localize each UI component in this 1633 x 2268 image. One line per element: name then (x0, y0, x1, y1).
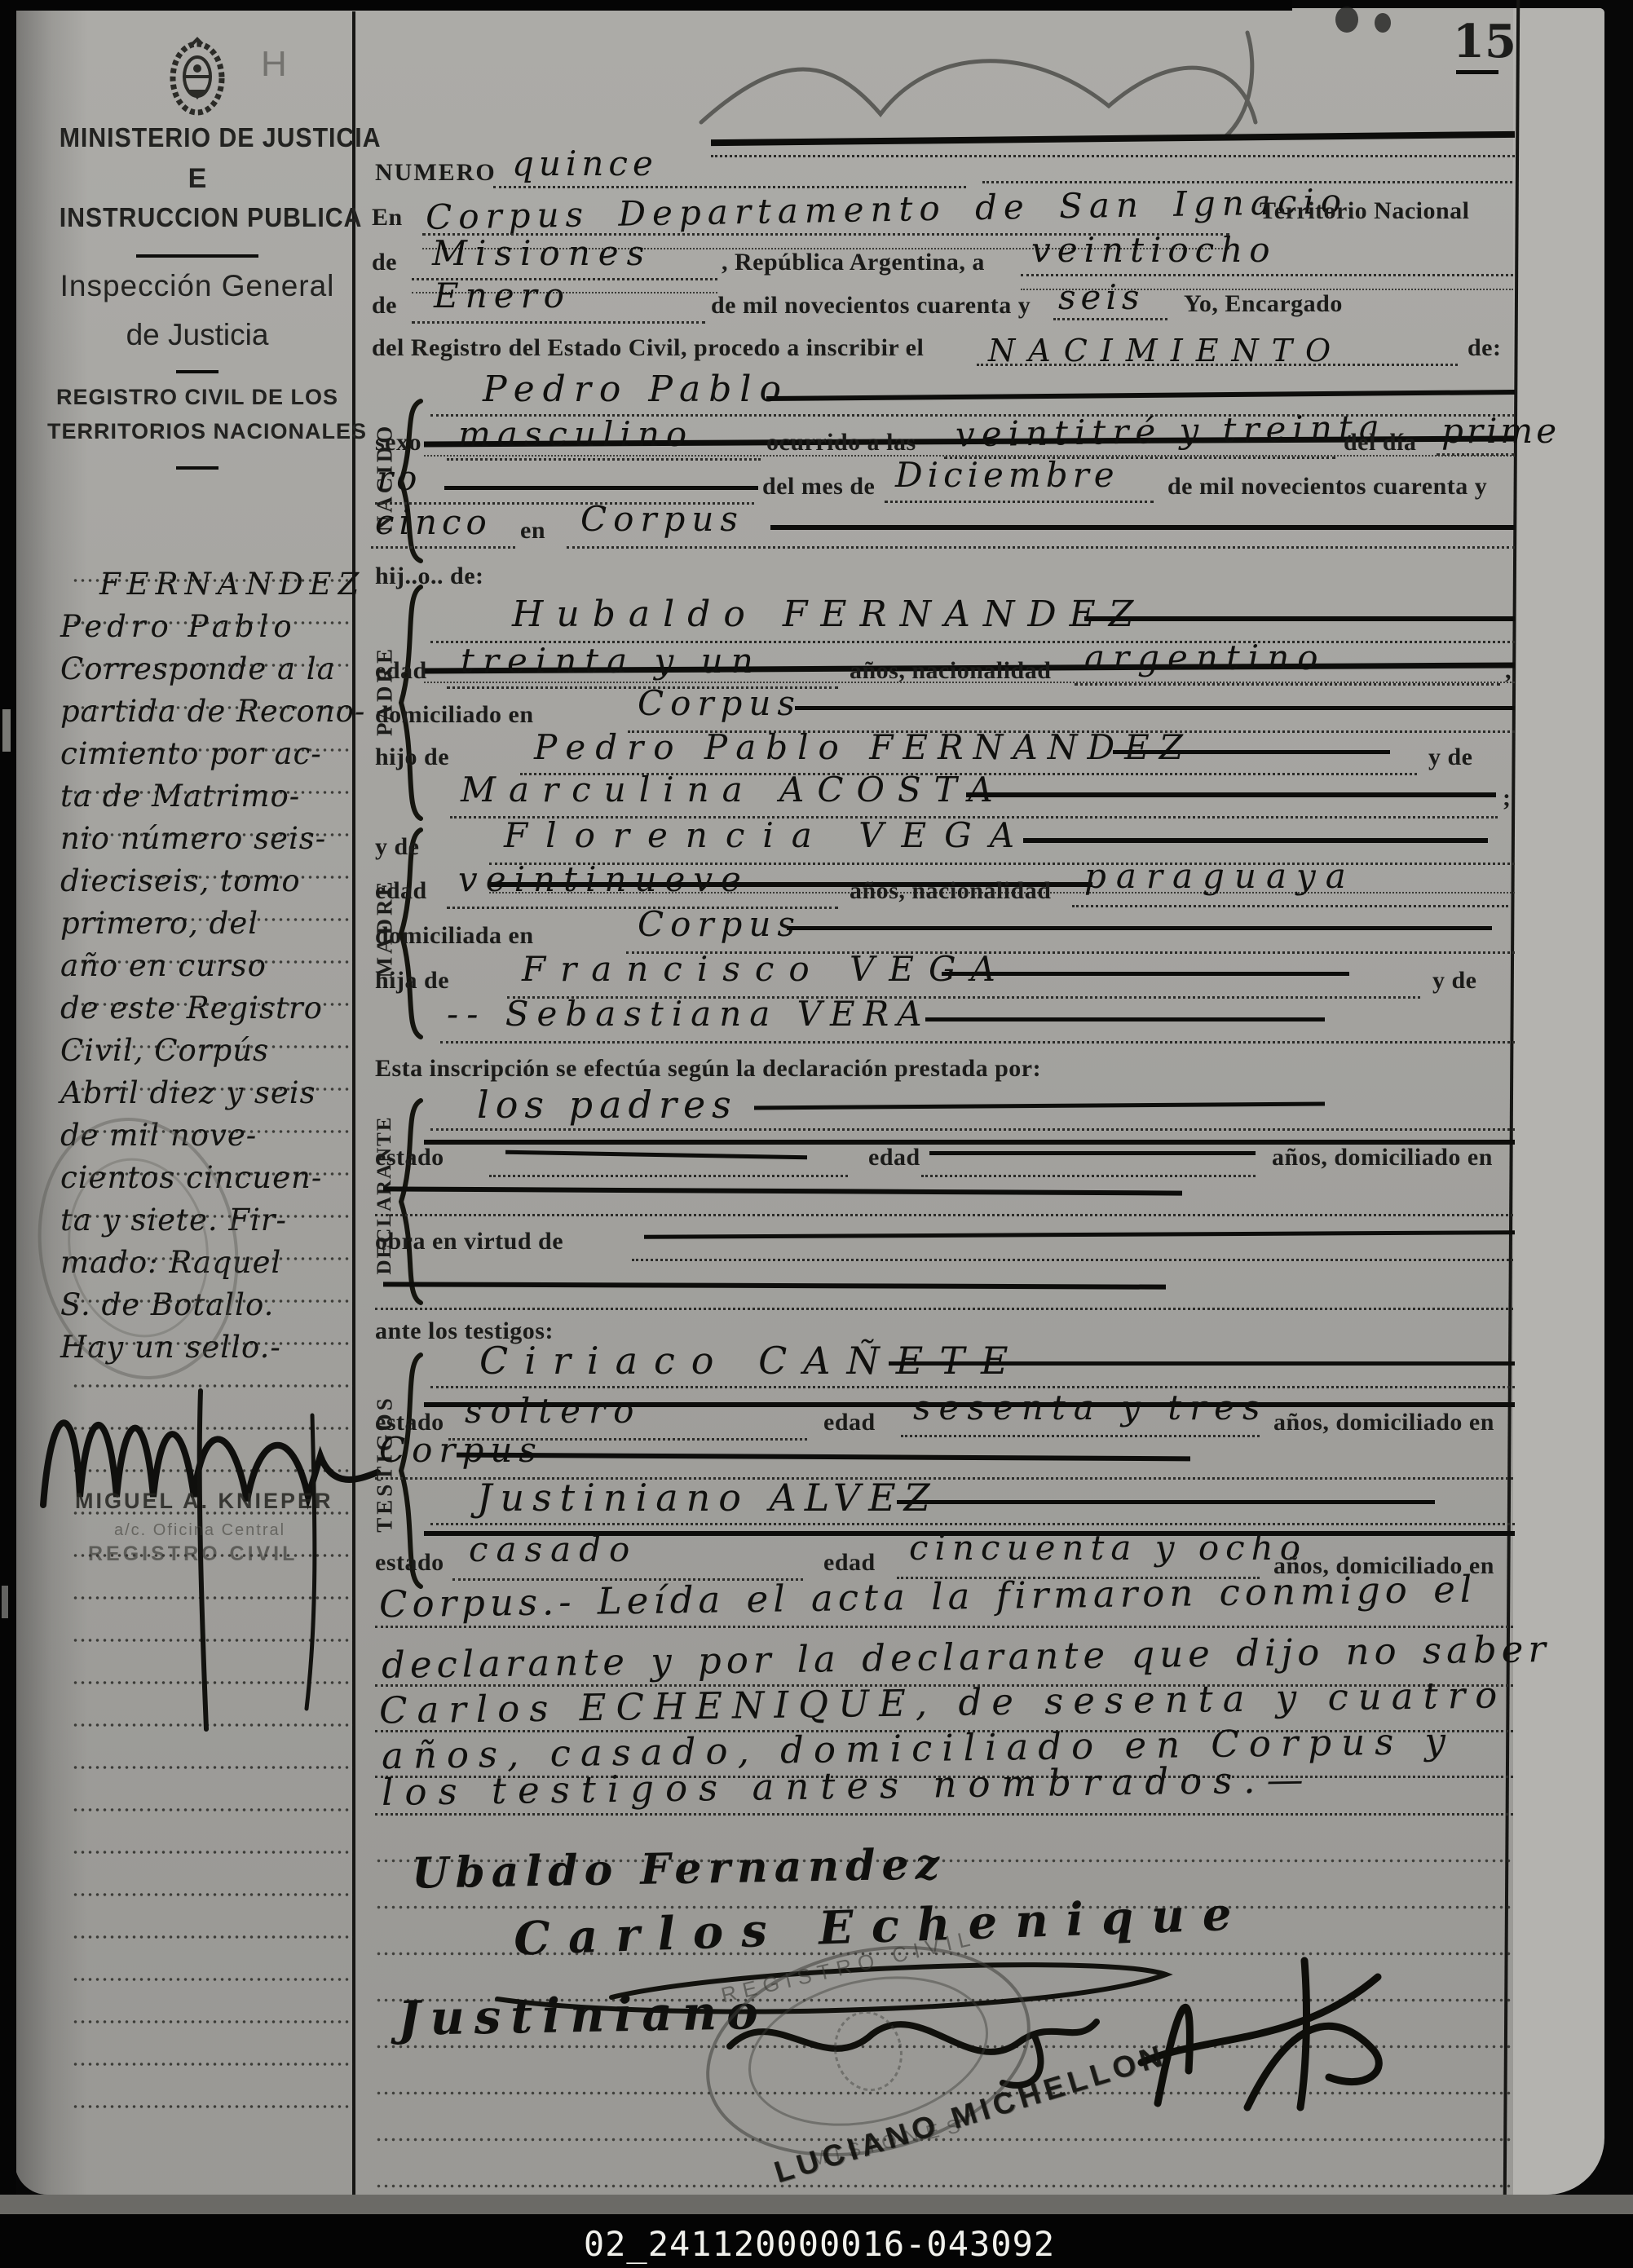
padre-nacionalidad-label: años, nacionalidad (850, 657, 1051, 685)
margin-note-line: partida de Recono- (60, 694, 365, 729)
scanner-bed (0, 2195, 1633, 2216)
ocurrido-label: ocurrido a las (766, 429, 916, 457)
letterhead-line2: E (47, 163, 347, 195)
declarante-estado-label: estado (375, 1144, 444, 1172)
heavy-rule (925, 1017, 1325, 1021)
heavy-rule (1113, 750, 1390, 754)
testigo1-domicilio-value: Corpus (379, 1430, 543, 1470)
dotted-rule (1075, 683, 1500, 686)
margin-note-line: Civil, Corpús (60, 1033, 269, 1068)
testigo1-name: Ciriaco CAÑETE (479, 1339, 1025, 1383)
dotted-rule (632, 1259, 1513, 1261)
heavy-rule (897, 1500, 1435, 1504)
madre-abuela-value: -- Sebastiana VERA (447, 994, 930, 1034)
ink-blob (1335, 7, 1358, 33)
month-value: Enero (434, 276, 571, 315)
lugar-value: Corpus (580, 499, 744, 539)
scan-edge-top (0, 0, 1292, 11)
dotted-rule (711, 155, 1515, 157)
dotted-rule (447, 458, 761, 461)
knieper-stamp-line3: REGISTRO CIVIL (88, 1542, 298, 1566)
heavy-rule (889, 1361, 1515, 1366)
dotted-rule (977, 364, 1458, 366)
padre-edad-label: edad (375, 657, 427, 685)
letterhead-divider (176, 466, 218, 470)
padre-nacionalidad-value: argentino (1084, 638, 1326, 677)
numero-label: NUMERO (375, 159, 497, 187)
testigo1-edad-label: edad (823, 1409, 876, 1436)
mes-value: Diciembre (895, 455, 1119, 495)
document-scan: 15 H MINISTERIO DE JUSTICIA E INSTRUCCIO… (0, 0, 1633, 2268)
testigo2-name: Justiniano ALVEZ (477, 1476, 938, 1520)
margin-note-line: de este Registro (60, 991, 323, 1026)
semicolon: ; (1503, 784, 1512, 812)
dotted-rule (430, 1128, 1515, 1131)
padre-domicilio-value: Corpus (638, 683, 801, 723)
heavy-rule (795, 706, 1515, 710)
knieper-stamp-name: MIGUEL A. KNIEPER (75, 1489, 333, 1514)
testigo2-estado-value: casado (469, 1529, 638, 1569)
margin-note-line: Abril diez y seis (60, 1075, 316, 1110)
nacido-name-value: Pedro Pablo (483, 368, 789, 410)
madre-hija-label: hija de (375, 967, 449, 995)
madre-name-value: Florencia VEGA (504, 815, 1032, 855)
numero-value: quince (512, 143, 658, 183)
padre-edad-value: treinta y un (461, 641, 761, 681)
coat-of-arms-icon (168, 39, 227, 117)
heavy-rule (787, 926, 1492, 930)
dotted-rule (375, 1214, 1513, 1216)
pen-stroke (444, 486, 758, 490)
page-number-underline (1456, 70, 1498, 74)
dotted-rule (901, 1435, 1260, 1437)
testigo1-edad-value: sesenta y tres (913, 1388, 1269, 1427)
margin-note-line: cimiento por ac- (60, 736, 322, 771)
dotted-rule (921, 1175, 1256, 1177)
de-colon-label: de: (1467, 334, 1502, 362)
territorio-label: Territorio Nacional (1260, 197, 1470, 225)
y-de-label: y de (1428, 743, 1473, 771)
heavy-rule (1084, 616, 1515, 621)
testigo2-edad-value: cincuenta y ocho (909, 1528, 1307, 1568)
inscribir-label: del Registro del Estado Civil, procedo a… (372, 334, 924, 362)
padre-name-value: Hubaldo FERNANDEZ (512, 593, 1146, 635)
dotted-rule (412, 321, 705, 324)
madre-domicilio-value: Corpus (638, 904, 801, 944)
scan-speck (2, 709, 11, 752)
letterhead-line1: MINISTERIO DE JUSTICIA (60, 122, 336, 153)
scan-code-text: 02_241120000016-043092 (538, 2224, 1101, 2264)
heavy-rule (966, 792, 1496, 797)
dotted-rule (371, 546, 515, 549)
dia-value-part1: prime (1441, 411, 1560, 451)
scan-edge-left (0, 0, 16, 2268)
letterhead-line3: INSTRUCCION PUBLICA (60, 202, 336, 233)
heavy-rule (1023, 838, 1488, 843)
hora-value: veintitré y treinta (956, 407, 1387, 454)
dotted-rule (375, 1308, 1513, 1310)
dia-value-part2: ro (377, 458, 420, 498)
anio-value: cinco (375, 502, 492, 542)
margin-note-line: nio número seis- (60, 821, 326, 856)
pen-stroke (929, 1151, 1256, 1155)
letterhead-divider (136, 254, 258, 258)
madre-edad-value: veintinueve (458, 859, 749, 899)
declarante-domicilio-label: años, domiciliado en (1272, 1144, 1493, 1172)
madre-y-de-label: y de (375, 833, 420, 861)
comma: , (1505, 657, 1512, 685)
dotted-rule (430, 1523, 1515, 1525)
obra-label: obra en virtud de (375, 1228, 563, 1255)
next-page-edge (1513, 8, 1604, 2195)
nacido-en-label: en (520, 517, 545, 545)
dotted-rule (1437, 453, 1515, 456)
declarado-por-value: los padres (477, 1083, 738, 1127)
republica-label: , República Argentina, a (722, 249, 985, 276)
dia-label: del día (1344, 429, 1416, 457)
inscripcion-line: Esta inscripción se efectúa según la dec… (375, 1055, 1041, 1083)
padre-abuela-value: Marculina ACOSTA (461, 770, 1006, 810)
dotted-rule (885, 501, 1154, 503)
madre-edad-label: edad (375, 877, 427, 905)
margin-note-line: primero, del (60, 906, 258, 941)
letterhead-line6: REGISTRO CIVIL DE LOS (47, 385, 347, 410)
madre-abuelo-value: Francisco VEGA (522, 949, 1010, 989)
dotted-rule (1053, 318, 1167, 320)
year-label: de mil novecientos cuarenta y (711, 292, 1031, 320)
ink-blob (1375, 13, 1391, 33)
scan-speck (2, 1586, 8, 1618)
de2-label: de (372, 292, 397, 320)
testigo1-estado-value: soltero (465, 1391, 642, 1431)
letterhead-divider (176, 370, 218, 373)
en-label: En (372, 204, 403, 232)
year-value: seis (1058, 277, 1144, 317)
heavy-rule (770, 525, 1515, 530)
sexo-value: masculino (458, 414, 693, 454)
letterhead-line5: de Justicia (47, 318, 347, 352)
padre-abuelo-value: Pedro Pablo FERNANDEZ (534, 727, 1193, 767)
day-value: veintiocho (1031, 230, 1277, 270)
dotted-rule (493, 186, 966, 188)
province-value: Misiones (432, 233, 652, 273)
signature-ubaldo-fernandez: Ubaldo Fernandez (412, 1839, 947, 1898)
margin-note-line: ta de Matrimo- (60, 779, 300, 814)
y-de2-label: y de (1432, 967, 1477, 995)
top-scribble (685, 16, 1288, 147)
dotted-rule (1072, 905, 1508, 907)
encargado-label: Yo, Encargado (1184, 290, 1343, 318)
dotted-rule (375, 1626, 1513, 1628)
padre-domicilio-label: domiciliado en (375, 701, 534, 729)
margin-note-line: año en curso (60, 948, 267, 983)
page-number: 15 (1453, 15, 1516, 68)
testigo1-domicilio-label: años, domiciliado en (1273, 1409, 1494, 1436)
margin-note-line: Pedro Pablo (60, 609, 297, 644)
de-label: de (372, 249, 397, 276)
knieper-stamp-line2: a/c. Oficina Central (114, 1521, 285, 1540)
margin-note-line: dieciseis, tomo (60, 863, 301, 898)
margin-note-line: Corresponde a la (60, 651, 336, 686)
dotted-rule (375, 1813, 1513, 1816)
letterhead-line4: Inspección General (47, 269, 347, 303)
dotted-rule (440, 1041, 1515, 1044)
sexo-label: sexo (375, 429, 421, 457)
madre-nacionalidad-value: paraguaya (1084, 856, 1356, 896)
dotted-rule (489, 1175, 848, 1177)
anio-label: de mil novecientos cuarenta y (1167, 473, 1487, 501)
testigo2-edad-label: edad (823, 1549, 876, 1577)
declarante-edad-label: edad (868, 1144, 920, 1172)
dotted-rule (567, 546, 1515, 549)
testigo2-estado-label: estado (375, 1549, 444, 1577)
madre-nacionalidad-label: años, nacionalidad (850, 877, 1051, 905)
section-brace (396, 1097, 424, 1306)
heavy-rule (942, 972, 1349, 976)
hijo-de-label: hij..o.. de: (375, 563, 484, 590)
letterhead-line7: TERRITORIOS NACIONALES (47, 419, 347, 444)
margin-note-line: FERNANDEZ (99, 567, 365, 602)
dotted-rule (1021, 274, 1513, 276)
padre-hijo-label: hijo de (375, 743, 449, 771)
encargado-rubric-signature (1133, 1948, 1410, 2111)
mes-label: del mes de (762, 473, 875, 501)
pencil-mark-h: H (261, 44, 287, 85)
madre-domicilio-label: domiciliada en (375, 922, 534, 950)
